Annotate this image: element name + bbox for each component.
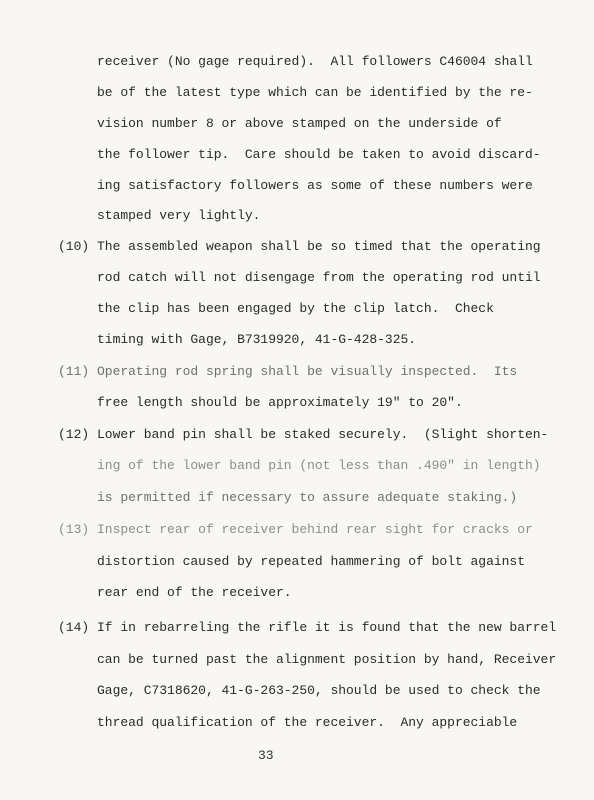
page-number: 33 — [258, 748, 274, 764]
text-line: vision number 8 or above stamped on the … — [97, 116, 502, 132]
text-line: the clip has been engaged by the clip la… — [97, 301, 494, 317]
text-line: Inspect rear of receiver behind rear sig… — [97, 522, 533, 538]
text-line: receiver (No gage required). All followe… — [97, 54, 533, 70]
text-line: thread qualification of the receiver. An… — [97, 715, 517, 731]
text-line: Gage, C7318620, 41-G-263-250, should be … — [97, 683, 541, 699]
item-number: (13) — [58, 522, 89, 538]
text-line: stamped very lightly. — [97, 208, 260, 224]
text-line: If in rebarreling the rifle it is found … — [97, 620, 556, 636]
document-page: receiver (No gage required). All followe… — [0, 0, 594, 800]
text-line: ing satisfactory followers as some of th… — [97, 178, 533, 194]
text-line: the follower tip. Care should be taken t… — [97, 147, 541, 163]
text-line: distortion caused by repeated hammering … — [97, 554, 525, 570]
text-line: Lower band pin shall be staked securely.… — [97, 427, 548, 443]
text-line: can be turned past the alignment positio… — [97, 652, 556, 668]
item-number: (12) — [58, 427, 89, 443]
item-number: (11) — [58, 364, 89, 380]
text-line: is permitted if necessary to assure adeq… — [97, 490, 517, 506]
item-number: (14) — [58, 620, 89, 636]
text-line: timing with Gage, B7319920, 41-G-428-325… — [97, 332, 416, 348]
item-number: (10) — [58, 239, 89, 255]
text-line: free length should be approximately 19" … — [97, 395, 463, 411]
text-line: be of the latest type which can be ident… — [97, 85, 533, 101]
text-line: Operating rod spring shall be visually i… — [97, 364, 517, 380]
text-line: rear end of the receiver. — [97, 585, 292, 601]
text-line: rod catch will not disengage from the op… — [97, 270, 541, 286]
text-line: ing of the lower band pin (not less than… — [97, 458, 541, 474]
text-line: The assembled weapon shall be so timed t… — [97, 239, 541, 255]
